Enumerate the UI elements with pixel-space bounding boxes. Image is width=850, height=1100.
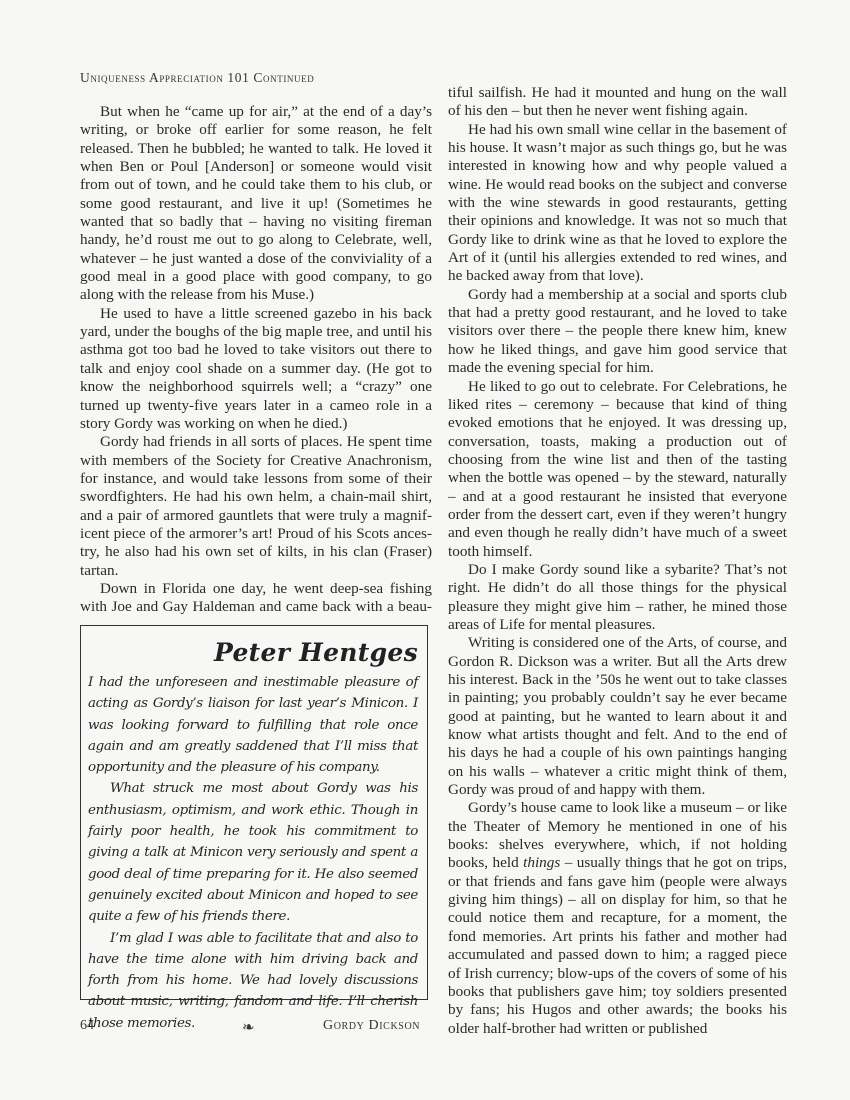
sidebar-body: I had the unforeseen and inestimable ple… [88,672,418,1034]
paragraph: But when he “came up for air,” at the en… [80,103,432,305]
paragraph: Gordy had friends in all sorts of places… [80,433,432,580]
tribute-sidebar-box: Peter Hentges I had the unforeseen and i… [80,625,428,1000]
document-page: Uniqueness Appreciation 101 Continued Bu… [0,0,850,1100]
paragraph: tiful sailfish. He had it mounted and hu… [448,84,787,121]
running-head: Uniqueness Appreciation 101 Continued [80,70,314,86]
sidebar-paragraph: I had the unforeseen and inestimable ple… [88,672,418,778]
page-number: 64 [80,1018,94,1034]
sidebar-author-name: Peter Hentges [88,636,418,670]
left-column: But when he “came up for air,” at the en… [80,103,432,617]
right-column: tiful sailfish. He had it mounted and hu… [448,84,787,1038]
sidebar-paragraph: What struck me most about Gordy was his … [88,778,418,927]
paragraph: Gordy’s house came to look like a museum… [448,799,787,1037]
emphasis-text: things [523,854,560,871]
paragraph: Gordy had a membership at a social and s… [448,286,787,378]
paragraph: Do I make Gordy sound like a sybarite? T… [448,561,787,634]
paragraph: Down in Florida one day, he went deep-se… [80,580,432,617]
paragraph-text: – usually things that he got on trips, o… [448,854,787,1036]
ornament-icon: ❧ [242,1018,255,1037]
paragraph: He liked to go out to celebrate. For Cel… [448,378,787,561]
running-foot-title: Gordy Dickson [323,1018,420,1034]
paragraph: He used to have a little screened gazebo… [80,305,432,433]
paragraph: Writing is considered one of the Arts, o… [448,634,787,799]
paragraph: He had his own small wine cellar in the … [448,121,787,286]
